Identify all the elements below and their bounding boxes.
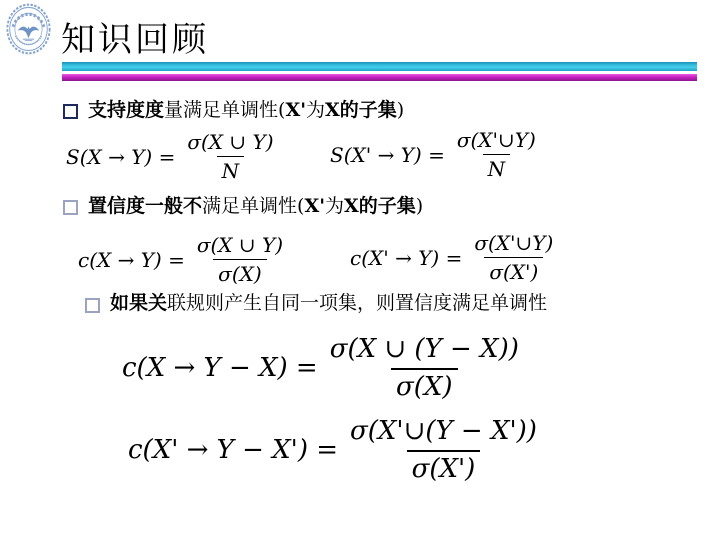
formula-lhs: c(X → Y) = (78, 248, 185, 272)
fraction-numerator: σ(X ∪ Y) (182, 130, 278, 156)
fraction-numerator: σ(X ∪ (Y − X)) (325, 334, 524, 368)
text-segment: 量满足单调性 (164, 100, 278, 121)
text-segment: X' (304, 195, 325, 217)
bullet-square-2 (63, 200, 78, 215)
formula-confidence-same-itemset-x-prime: c(X' → Y − X') = σ(X'∪(Y − X')) σ(X') (128, 416, 542, 485)
text-segment: 支持度度 (88, 100, 164, 121)
bullet-text-confidence: 置信度一般不满足单调性(X'为X的子集) (88, 194, 423, 219)
fraction: σ(X ∪ (Y − X)) σ(X) (325, 334, 524, 403)
fraction-denominator: N (483, 154, 511, 181)
formula-confidence-same-itemset-x: c(X → Y − X) = σ(X ∪ (Y − X)) σ(X) (122, 334, 524, 403)
formula-lhs: c(X → Y − X) = (122, 353, 318, 385)
bullet-square-3 (85, 298, 100, 313)
fraction-numerator: σ(X'∪Y) (469, 231, 558, 257)
formula-support-x: S(X → Y) = σ(X ∪ Y) N (66, 130, 279, 183)
bullet-square-1 (63, 104, 78, 119)
divider-magenta-bar (62, 74, 697, 81)
fraction-denominator: σ(X) (213, 259, 267, 286)
fraction: σ(X ∪ Y) N (182, 130, 278, 183)
formula-support-x-prime: S(X' → Y) = σ(X'∪Y) N (330, 128, 541, 181)
fraction-denominator: N (217, 156, 245, 183)
formula-lhs: c(X' → Y − X') = (128, 435, 338, 467)
fraction-denominator: σ(X') (484, 257, 543, 284)
divider-cyan-bar (62, 62, 697, 71)
text-segment: 的子集 (359, 196, 416, 217)
fraction-numerator: σ(X'∪(Y − X')) (345, 416, 542, 450)
fraction-denominator: σ(X') (407, 450, 481, 486)
fraction: σ(X ∪ Y) σ(X) (192, 233, 288, 286)
text-segment: 为 (325, 196, 344, 217)
university-logo (5, 2, 52, 56)
formula-confidence-x-prime: c(X' → Y) = σ(X'∪Y) σ(X') (350, 231, 558, 284)
page-title: 知识回顾 (61, 12, 209, 61)
text-segment: ) (397, 99, 404, 121)
fraction: σ(X'∪Y) N (452, 128, 541, 181)
formula-lhs: S(X' → Y) = (330, 143, 445, 167)
text-segment: 置信度一般不 (88, 196, 202, 217)
fraction-denominator: σ(X) (391, 368, 458, 404)
text-segment: X (325, 99, 340, 121)
text-segment: 联规则产生自同一项集，则置信度满足单调性 (167, 293, 547, 314)
seal-arc-characters (13, 14, 44, 27)
slide-background: { "slide": { "title": "知识回顾", "logo": { … (0, 0, 720, 540)
text-segment: 如果关 (110, 293, 167, 314)
seal-bird-emblem (18, 26, 40, 41)
text-segment: 的子集 (340, 100, 397, 121)
text-segment: X' (285, 99, 306, 121)
bullet-text-same-itemset: 如果关联规则产生自同一项集，则置信度满足单调性 (110, 292, 547, 316)
text-segment: 满足单调性 (202, 196, 297, 217)
fraction: σ(X'∪(Y − X')) σ(X') (345, 416, 542, 485)
text-segment: X (344, 195, 359, 217)
fraction: σ(X'∪Y) σ(X') (469, 231, 558, 284)
text-segment: 为 (306, 100, 325, 121)
formula-confidence-x: c(X → Y) = σ(X ∪ Y) σ(X) (78, 233, 288, 286)
fraction-numerator: σ(X'∪Y) (452, 128, 541, 154)
bullet-text-support: 支持度度量满足单调性(X'为X的子集) (88, 98, 404, 123)
formula-lhs: c(X' → Y) = (350, 246, 462, 270)
formula-lhs: S(X → Y) = (66, 145, 175, 169)
fraction-numerator: σ(X ∪ Y) (192, 233, 288, 259)
text-segment: ) (416, 195, 423, 217)
